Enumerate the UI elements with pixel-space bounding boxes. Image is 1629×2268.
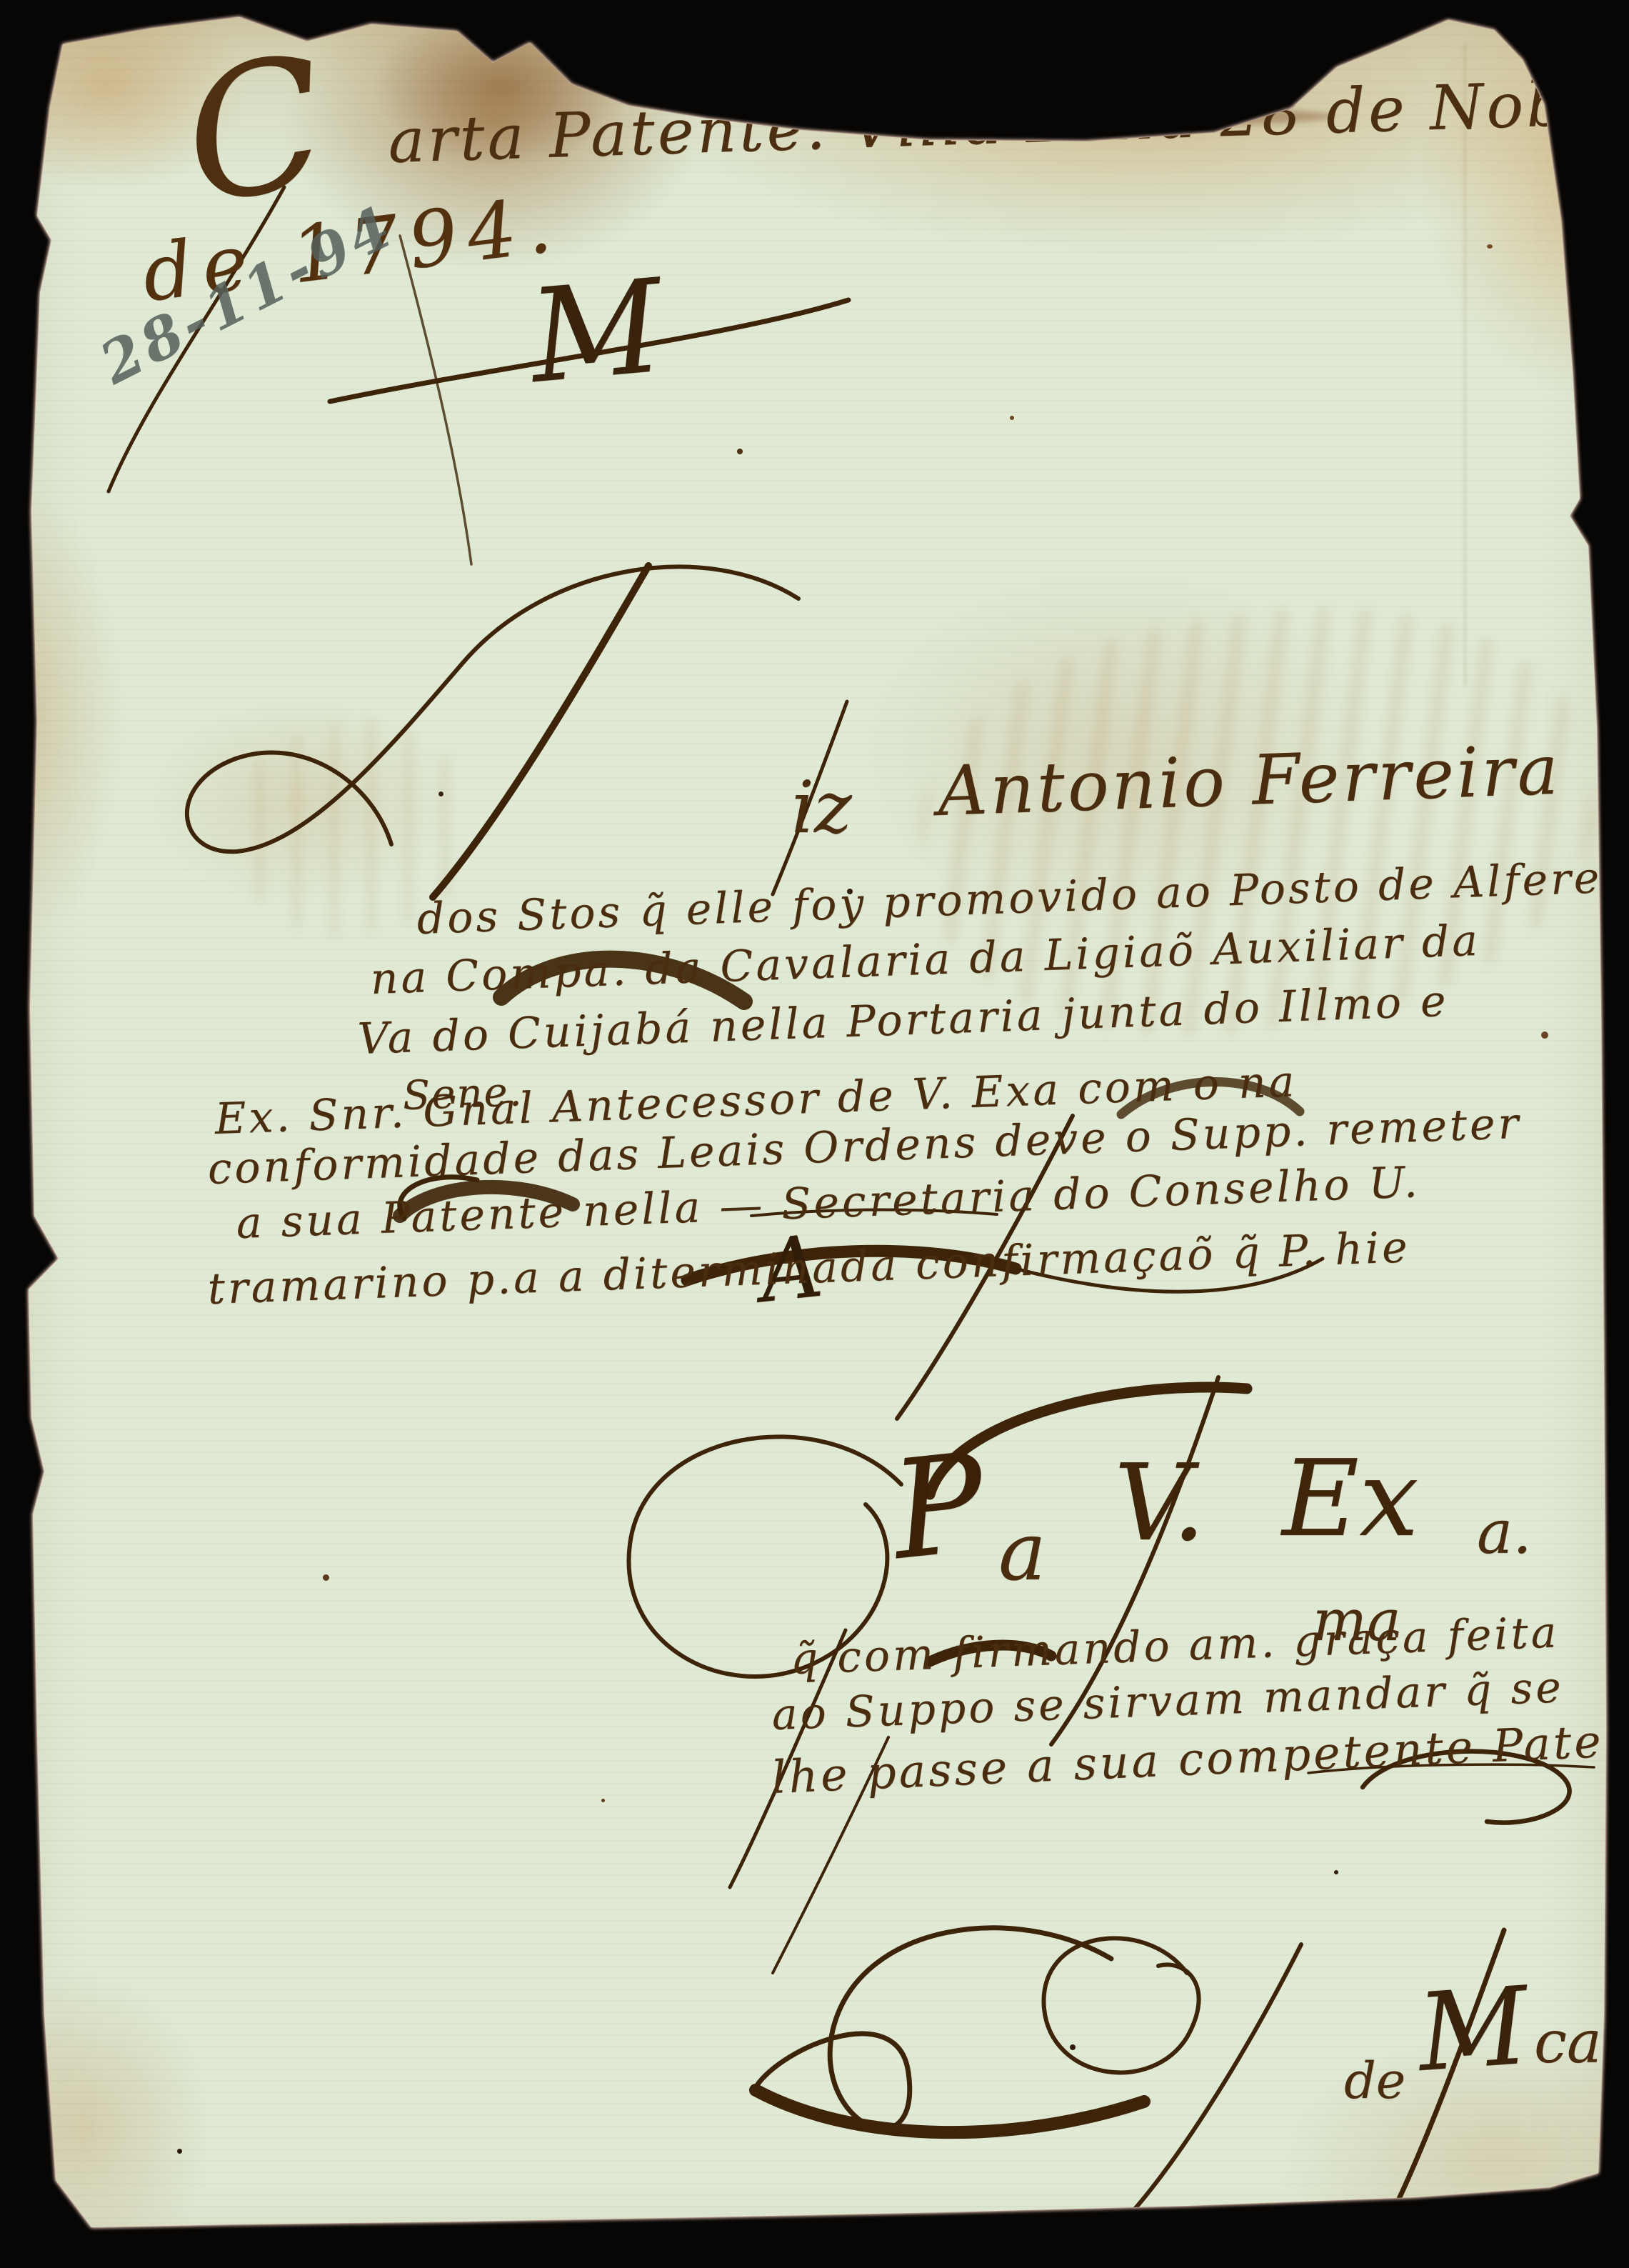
closing-e-loop (754, 1928, 1111, 2129)
ink-speck (438, 791, 443, 796)
monogram: M (524, 252, 668, 412)
ink-speck (601, 1799, 605, 1802)
ink-speck (1070, 2044, 1076, 2050)
petition-display-ex: Ex (1282, 1437, 1419, 1560)
closing-de: de (1344, 2052, 1405, 2110)
ink-speck (1541, 1031, 1548, 1039)
petition-display-a: a (998, 1506, 1046, 1599)
petition-display-p: P (885, 1424, 992, 1590)
drop-cap-d-swash (187, 566, 798, 851)
ink-speck (1010, 416, 1014, 420)
petitioner-name: Antonio Ferreira (936, 730, 1562, 831)
closing-heavy-underswash (756, 2090, 1144, 2132)
drop-cap-d-diagonal (433, 566, 648, 897)
ink-speck (1334, 1870, 1338, 1874)
paper-surface: C arta Patente. Villa Bella 28 de Nobro … (0, 0, 1629, 2268)
petition-display-exa-superscript: a. (1477, 1497, 1532, 1567)
manuscript-page: C arta Patente. Villa Bella 28 de Nobro … (0, 0, 1629, 2268)
body-opening-word: iz (791, 766, 852, 849)
closing-r-loop (1044, 1938, 1199, 2072)
paper-sheet: C arta Patente. Villa Bella 28 de Nobro … (0, 0, 1629, 2268)
docket-line: arta Patente. Villa Bella 28 de Nobro (387, 66, 1629, 177)
closing-r-diagonal (1116, 1944, 1301, 2230)
ink-speck (323, 1574, 329, 1581)
ink-speck (1171, 107, 1181, 114)
closing-merce-superscript: ca. (1534, 2009, 1620, 2077)
ink-speck (177, 2149, 182, 2154)
petition-display-v: V. (1114, 1442, 1206, 1564)
closing-merce-initial: M (1414, 1964, 1532, 2096)
ink-speck (1487, 244, 1493, 249)
ink-speck (737, 449, 743, 454)
